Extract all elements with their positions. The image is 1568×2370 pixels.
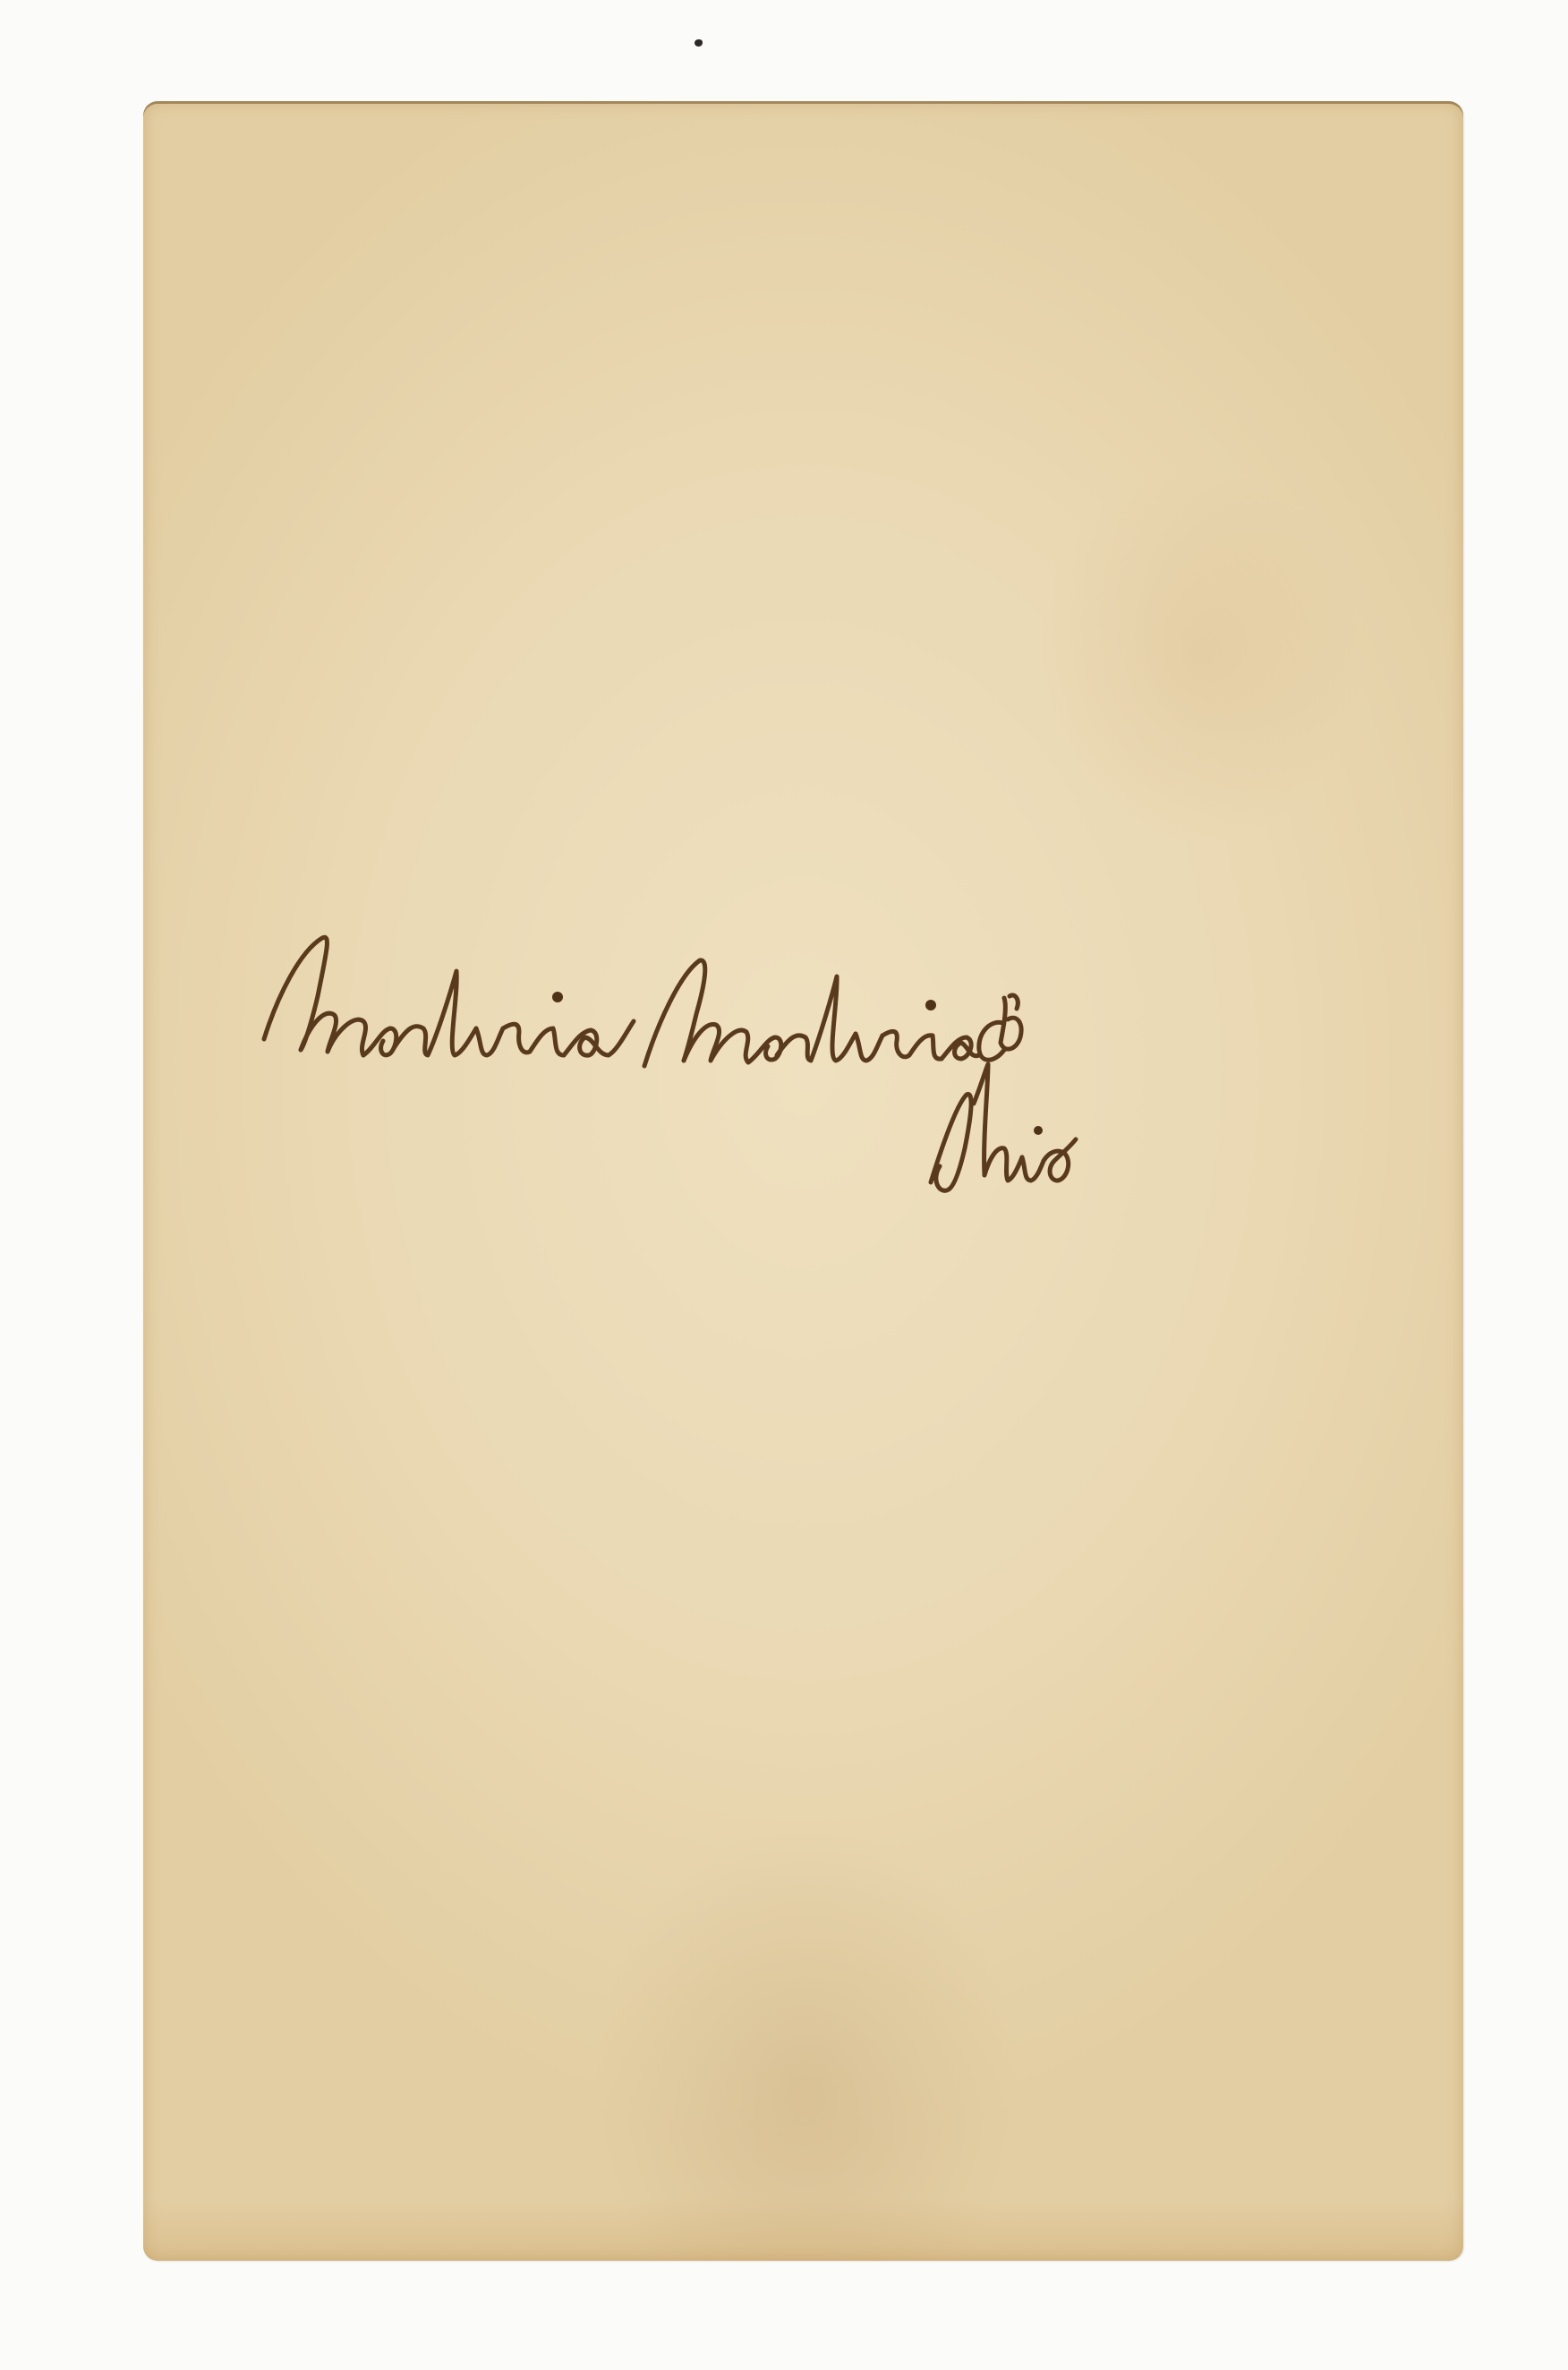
word-medina-1 [264, 937, 634, 1055]
word-co [979, 995, 1021, 1060]
dust-speck [695, 39, 703, 47]
word-ohio [931, 1064, 1076, 1190]
word-medina-2 [644, 960, 979, 1066]
handwriting-strokes [143, 101, 1463, 2261]
photo-card-back: Medina Medina Co Ohio [143, 101, 1463, 2261]
handwritten-inscription: Medina Medina Co Ohio [143, 101, 1463, 2261]
